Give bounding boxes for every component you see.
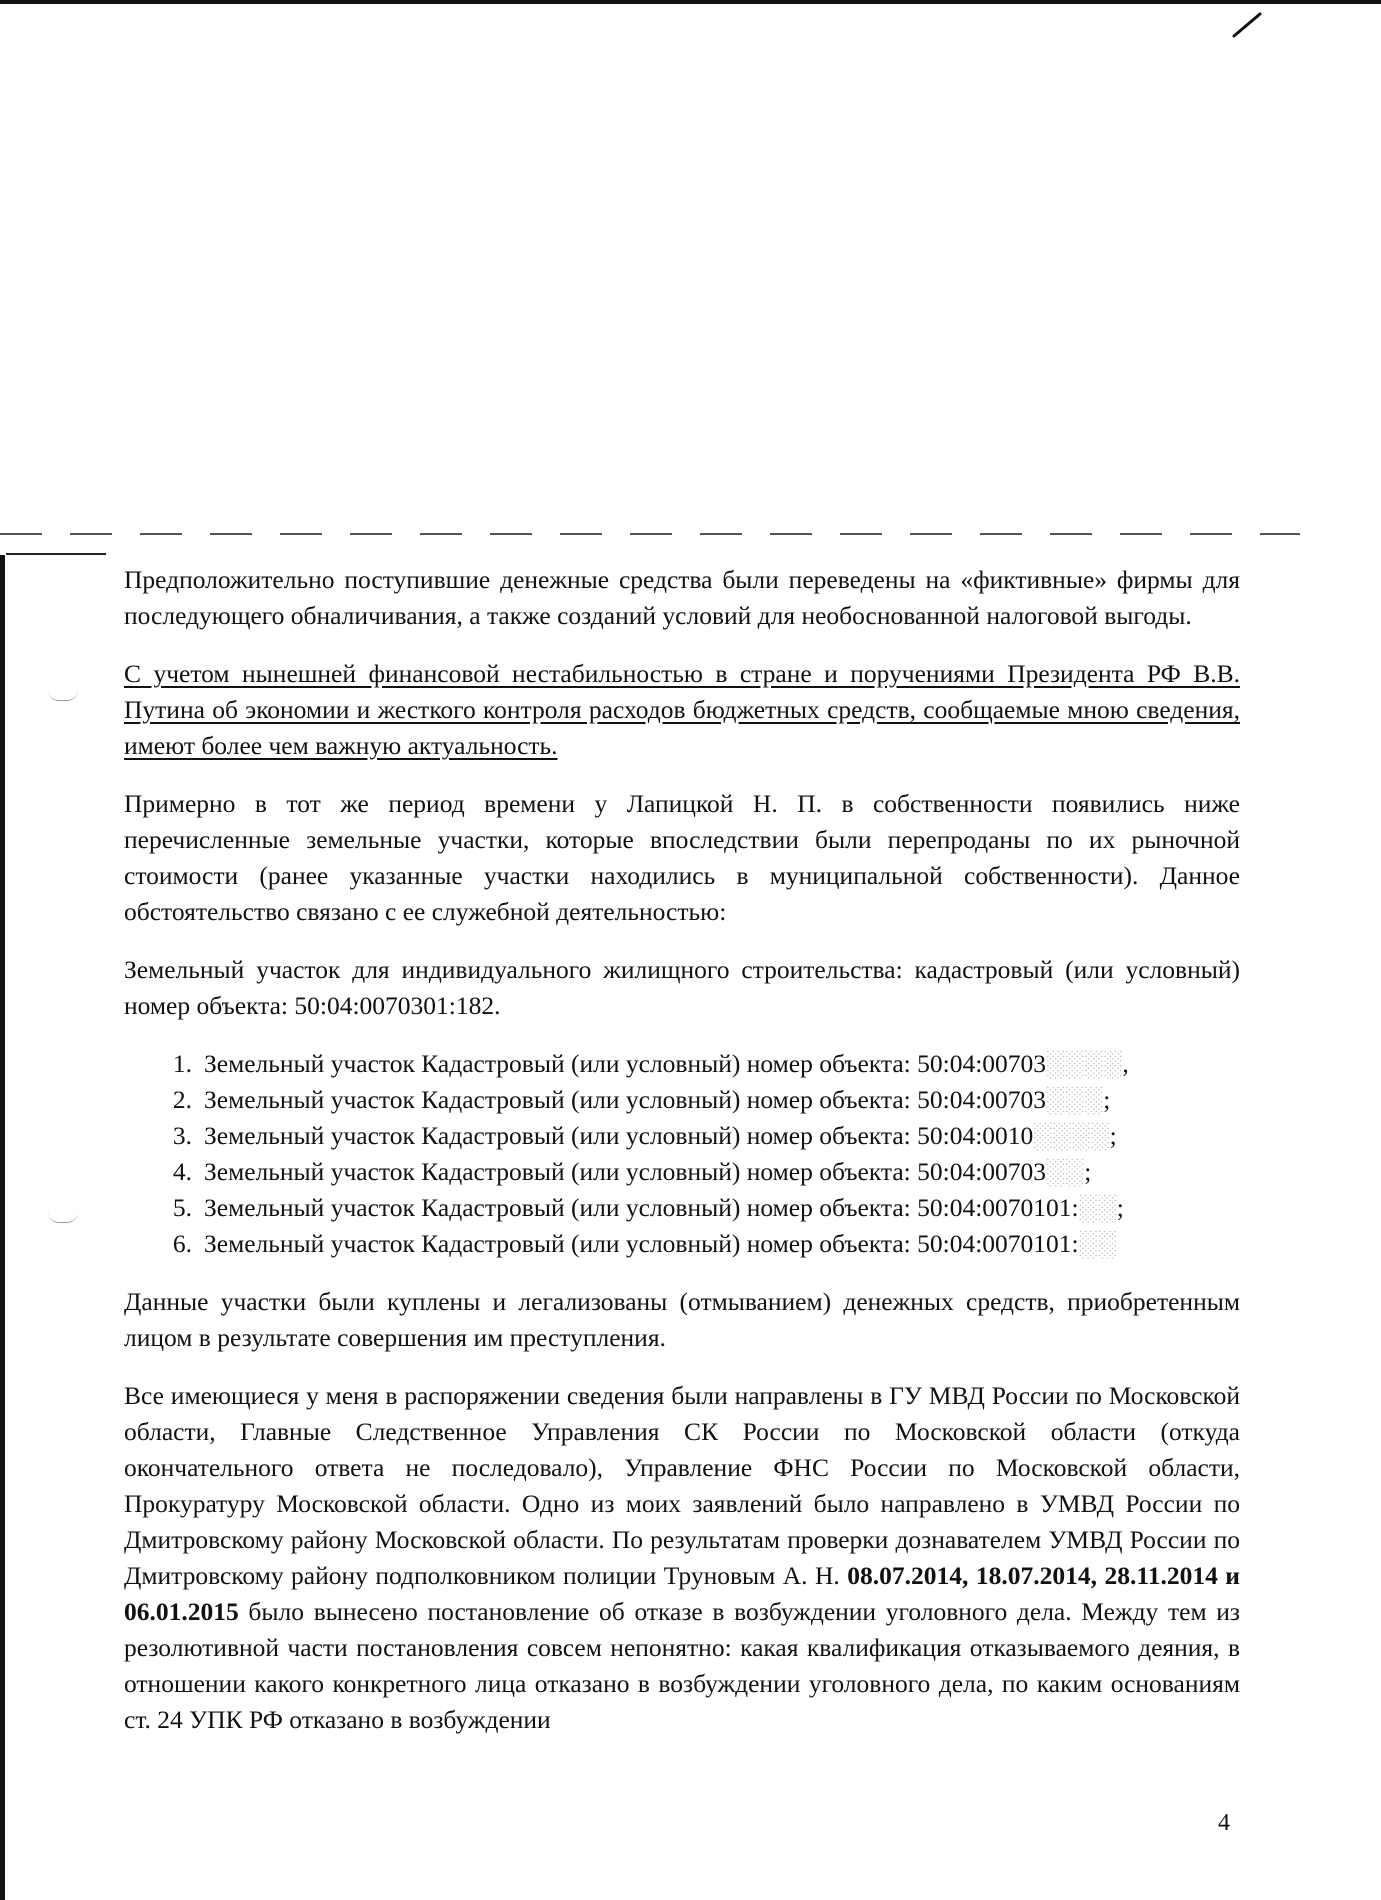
paragraph-legalization: Данные участки были куплены и легализова… [124, 1284, 1240, 1356]
list-number: 6. [124, 1226, 204, 1262]
paragraph-land-plots: Примерно в тот же период времени у Лапиц… [124, 786, 1240, 930]
list-item: 1. Земельный участок Кадастровый (или ус… [124, 1046, 1240, 1082]
redacted-digits: ░░ [1079, 1229, 1117, 1258]
list-item-text: Земельный участок Кадастровый (или услов… [204, 1193, 1079, 1222]
scan-top-edge [0, 0, 1381, 4]
pen-mark-icon [1232, 10, 1262, 38]
list-number: 1. [124, 1046, 204, 1082]
list-item: 2. Земельный участок Кадастровый (или ус… [124, 1082, 1240, 1118]
list-item: 4. Земельный участок Кадастровый (или ус… [124, 1154, 1240, 1190]
list-item-text: Земельный участок Кадастровый (или услов… [204, 1229, 1079, 1258]
list-item: 6. Земельный участок Кадастровый (или ус… [124, 1226, 1240, 1262]
redacted-digits: ░░░ [1046, 1085, 1103, 1114]
document-page: Предположительно поступившие денежные ср… [124, 562, 1240, 1760]
list-item-text: Земельный участок Кадастровый (или услов… [204, 1085, 1046, 1114]
list-item-text: Земельный участок Кадастровый (или услов… [204, 1157, 1046, 1186]
page-number: 4 [1218, 1810, 1230, 1837]
redacted-digits: ░░░░ [1033, 1121, 1109, 1150]
paragraph-complaints: Все имеющиеся у меня в распоряжении свед… [124, 1378, 1240, 1738]
paragraph-transfers: Предположительно поступившие денежные ср… [124, 562, 1240, 634]
margin-mark [48, 690, 78, 701]
paragraph-main-plot: Земельный участок для индивидуального жи… [124, 952, 1240, 1024]
list-item: 5. Земельный участок Кадастровый (или ус… [124, 1190, 1240, 1226]
fold-line-left [6, 553, 106, 555]
list-number: 2. [124, 1082, 204, 1118]
fold-line [0, 533, 1300, 535]
parcel-list: 1. Земельный участок Кадастровый (или ус… [124, 1046, 1240, 1262]
redacted-digits: ░░ [1046, 1157, 1084, 1186]
list-item: 3. Земельный участок Кадастровый (или ус… [124, 1118, 1240, 1154]
redacted-digits: ░░░░ [1046, 1049, 1122, 1078]
list-number: 3. [124, 1118, 204, 1154]
list-number: 5. [124, 1190, 204, 1226]
scan-left-edge [0, 555, 5, 1900]
list-item-text: Земельный участок Кадастровый (или услов… [204, 1049, 1046, 1078]
list-item-text: Земельный участок Кадастровый (или услов… [204, 1121, 1033, 1150]
list-number: 4. [124, 1154, 204, 1190]
redacted-digits: ░░ [1079, 1193, 1117, 1222]
margin-mark [48, 1212, 78, 1223]
paragraph-relevance-underlined: С учетом нынешней финансовой нестабильно… [124, 656, 1240, 764]
